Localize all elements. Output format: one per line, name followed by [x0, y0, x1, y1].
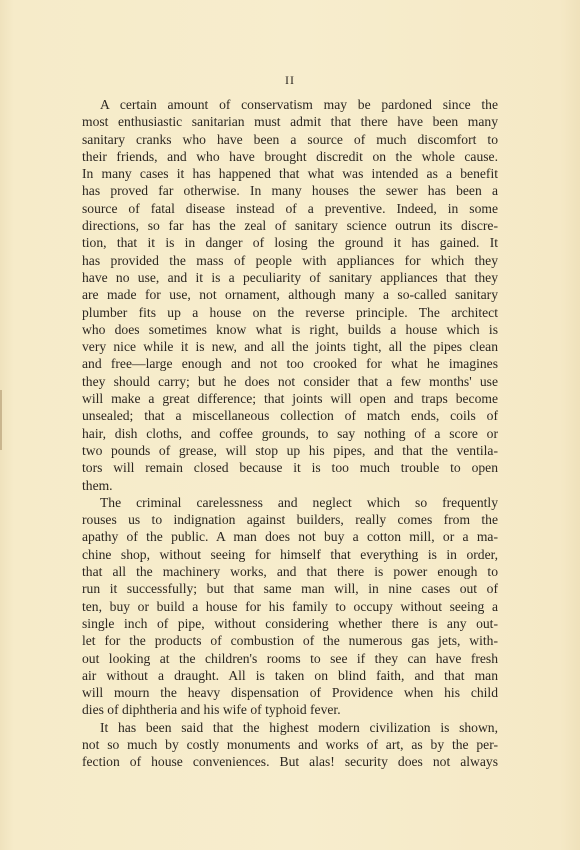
text-line: they should carry; but he does not consi…: [82, 373, 498, 390]
text-line: chine shop, without seeing for himself t…: [82, 546, 498, 563]
text-line: will mourn the heavy dispensation of Pro…: [82, 684, 498, 701]
text-line: very nice while it is new, and all the j…: [82, 338, 498, 355]
text-line: apathy of the public. A man does not buy…: [82, 528, 498, 545]
text-line: sanitary cranks who have been a source o…: [82, 131, 498, 148]
text-line: tors will remain closed because it is to…: [82, 459, 498, 476]
book-page: II A certain amount of conservatism may …: [0, 0, 580, 850]
text-line: dies of diphtheria and his wife of typho…: [82, 701, 498, 718]
text-line: let for the products of combustion of th…: [82, 632, 498, 649]
text-line: directions, so far has the zeal of sanit…: [82, 217, 498, 234]
page-number: II: [0, 73, 580, 88]
text-line: air without a draught. All is taken on b…: [82, 667, 498, 684]
body-text: A certain amount of conservatism may be …: [82, 96, 498, 771]
text-line: single inch of pipe, without considering…: [82, 615, 498, 632]
text-line: are made for use, not ornament, although…: [82, 286, 498, 303]
text-line: ten, buy or build a house for his family…: [82, 598, 498, 615]
paragraph-2: The criminal carelessness and neglect wh…: [82, 494, 498, 719]
text-line: A certain amount of conservatism may be …: [82, 96, 498, 113]
text-line: In many cases it has happened that what …: [82, 165, 498, 182]
text-line: unsealed; that a miscellaneous collectio…: [82, 407, 498, 424]
text-line: The criminal carelessness and neglect wh…: [82, 494, 498, 511]
text-line: source of fatal disease instead of a pre…: [82, 200, 498, 217]
text-line: two pounds of grease, will stop up his p…: [82, 442, 498, 459]
text-line: fection of house conveniences. But alas!…: [82, 753, 498, 770]
text-line: their friends, and who have brought disc…: [82, 148, 498, 165]
text-line: It has been said that the highest modern…: [82, 719, 498, 736]
text-line: tion, that it is in danger of losing the…: [82, 234, 498, 251]
text-line: that all the machinery works, and that t…: [82, 563, 498, 580]
text-line: run it successfully; but that same man w…: [82, 580, 498, 597]
text-line: who does sometimes know what is right, b…: [82, 321, 498, 338]
text-line: hair, dish cloths, and coffee grounds, t…: [82, 425, 498, 442]
text-line: most enthusiastic sanitarian must admit …: [82, 113, 498, 130]
text-line: have no use, and it is a peculiarity of …: [82, 269, 498, 286]
paragraph-3: It has been said that the highest modern…: [82, 719, 498, 771]
text-line: them.: [82, 477, 498, 494]
text-line: out looking at the children's rooms to s…: [82, 650, 498, 667]
text-line: has proved far otherwise. In many houses…: [82, 182, 498, 199]
text-line: rouses us to indignation against builder…: [82, 511, 498, 528]
text-line: plumber fits up a house on the reverse p…: [82, 304, 498, 321]
text-line: will make a great difference; that joint…: [82, 390, 498, 407]
paragraph-1: A certain amount of conservatism may be …: [82, 96, 498, 494]
text-line: not so much by costly monuments and work…: [82, 736, 498, 753]
text-line: has provided the mass of people with app…: [82, 252, 498, 269]
page-edge-shadow: [0, 390, 2, 450]
text-line: and free—large enough and not too crooke…: [82, 355, 498, 372]
